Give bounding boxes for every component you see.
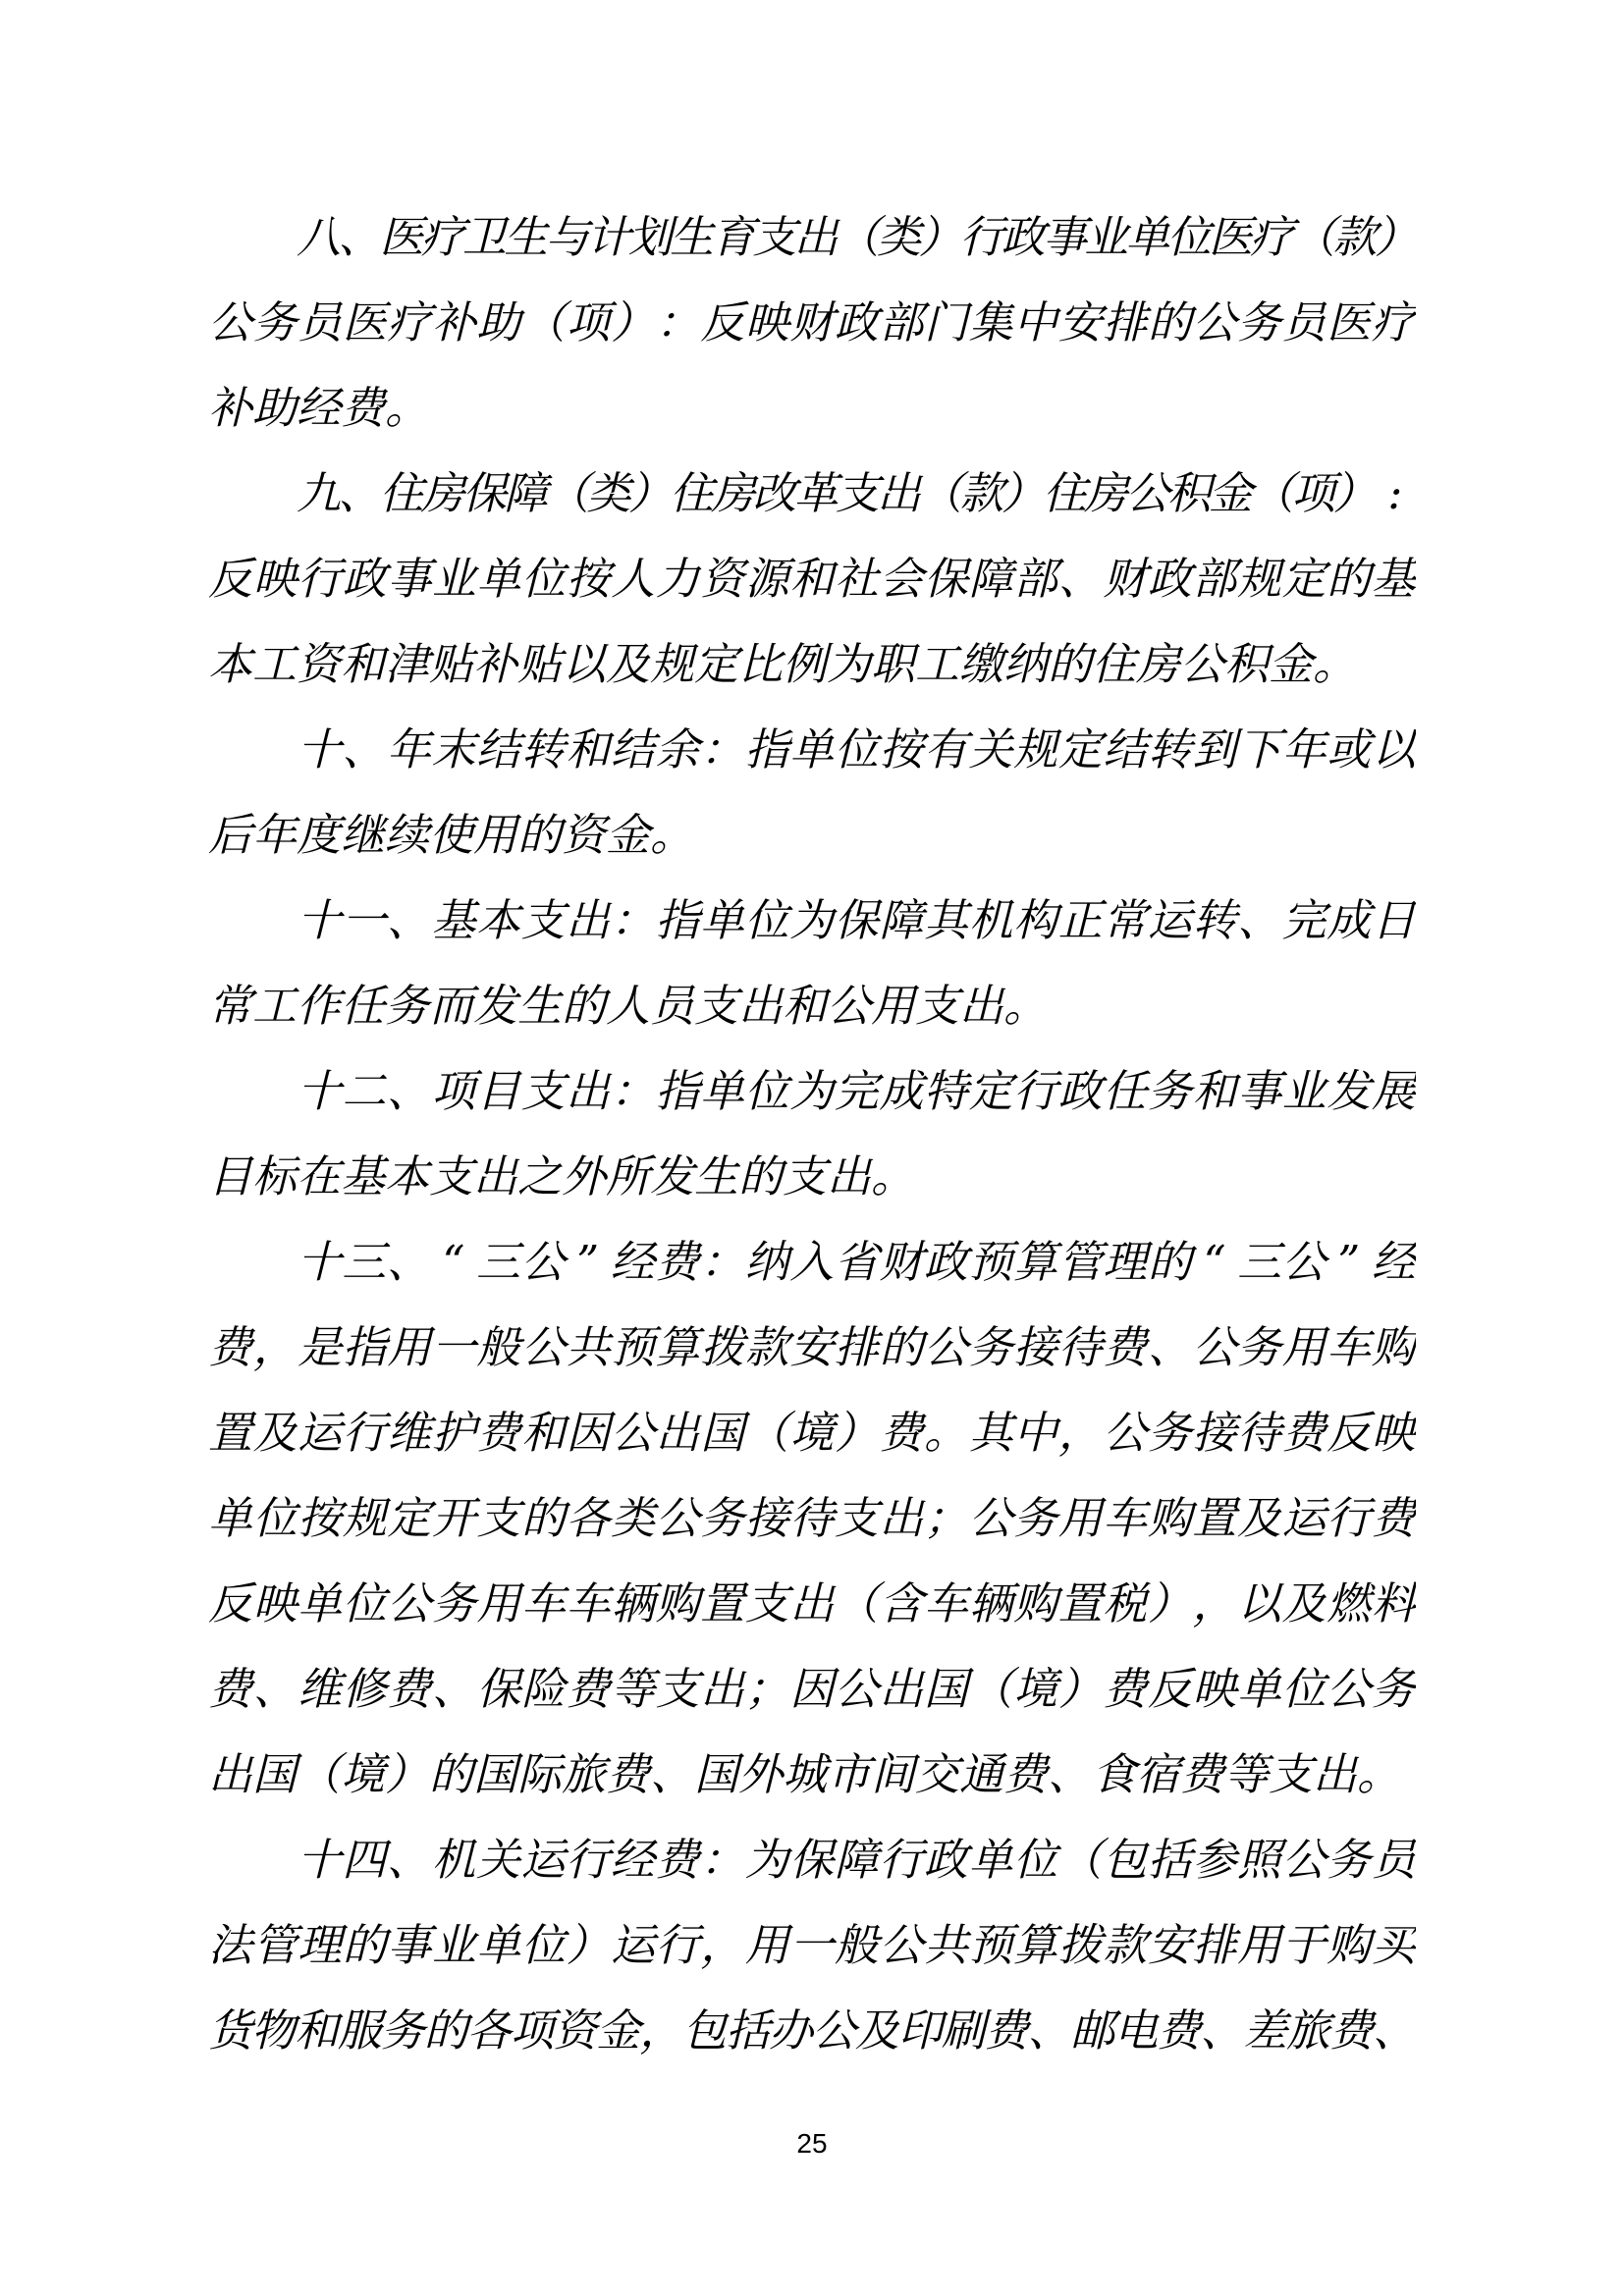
text-line: 出国（境）的国际旅费、国外城市间交通费、食宿费等支出。 [208,1732,1416,1817]
text-line: 本工资和津贴补贴以及规定比例为职工缴纳的住房公积金。 [208,621,1416,707]
text-line: 反映行政事业单位按人力资源和社会保障部、财政部规定的基 [208,536,1416,621]
text-line: 十、年末结转和结余：指单位按有关规定结转到下年或以 [208,707,1416,792]
document-body: 八、医疗卫生与计划生育支出（类）行政事业单位医疗（款）公务员医疗补助（项）：反映… [208,194,1416,2073]
text-line: 十三、“三公”经费：纳入省财政预算管理的“三公”经 [208,1219,1416,1305]
page-number: 25 [0,2128,1624,2160]
text-line: 十二、项目支出：指单位为完成特定行政任务和事业发展 [208,1048,1416,1134]
text-line: 费、维修费、保险费等支出；因公出国（境）费反映单位公务 [208,1646,1416,1732]
text-line: 费，是指用一般公共预算拨款安排的公务接待费、公务用车购 [208,1305,1416,1390]
text-line: 反映单位公务用车车辆购置支出（含车辆购置税），以及燃料 [208,1561,1416,1646]
text-line: 十一、基本支出：指单位为保障其机构正常运转、完成日 [208,878,1416,963]
text-line: 置及运行维护费和因公出国（境）费。其中，公务接待费反映 [208,1390,1416,1475]
text-line: 八、医疗卫生与计划生育支出（类）行政事业单位医疗（款） [208,194,1416,280]
text-line: 补助经费。 [208,365,1416,451]
text-line: 法管理的事业单位）运行，用一般公共预算拨款安排用于购买 [208,1902,1416,1988]
text-line: 九、住房保障（类）住房改革支出（款）住房公积金（项）: [208,451,1416,536]
text-line: 常工作任务而发生的人员支出和公用支出。 [208,963,1416,1048]
text-line: 货物和服务的各项资金，包括办公及印刷费、邮电费、差旅费、 [208,1988,1416,2073]
text-line: 十四、机关运行经费：为保障行政单位（包括参照公务员 [208,1817,1416,1902]
text-line: 公务员医疗补助（项）：反映财政部门集中安排的公务员医疗 [208,280,1416,365]
text-line: 单位按规定开支的各类公务接待支出；公务用车购置及运行费 [208,1475,1416,1561]
text-line: 后年度继续使用的资金。 [208,792,1416,878]
document-page: 八、医疗卫生与计划生育支出（类）行政事业单位医疗（款）公务员医疗补助（项）：反映… [0,0,1624,2296]
text-line: 目标在基本支出之外所发生的支出。 [208,1134,1416,1219]
